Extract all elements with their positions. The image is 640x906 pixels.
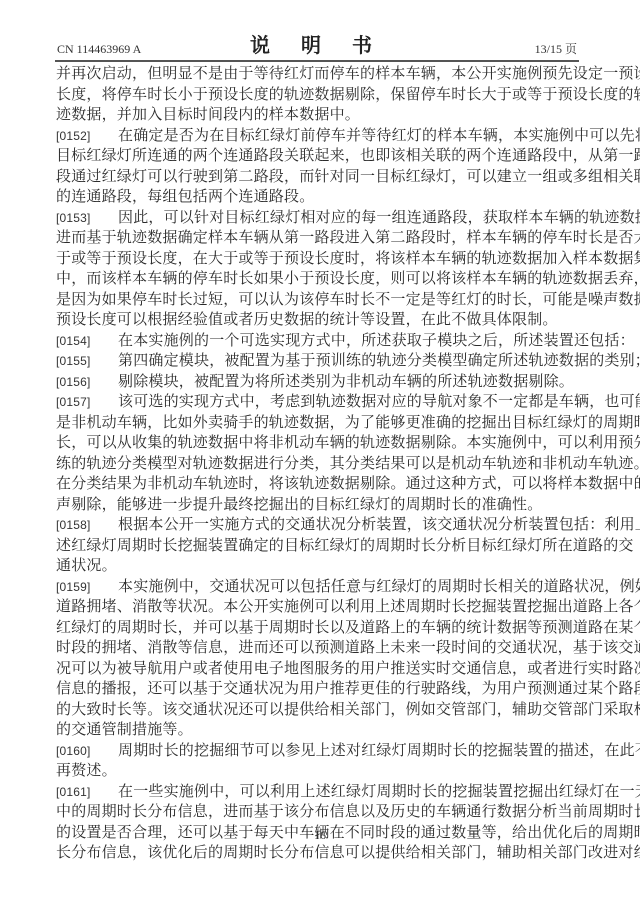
line-text: 声剔除，能够进一步提升最终挖掘出的目标红绿灯的周期时长的准确性。 [56, 495, 542, 513]
text-line: 红绿灯的周期时长，并可以基于周期时长以及道路上的车辆的统计数据等预测道路在某个 [56, 617, 572, 638]
page-number: 16 [0, 828, 640, 843]
text-line: 预设长度可以根据经验值或者历史数据的统计等设置，在此不做具体限制。 [56, 309, 572, 330]
text-line: 练的轨迹分类模型对轨迹数据进行分类，其分类结果可以是机动车轨迹和非机动车轨迹。 [56, 453, 572, 474]
line-text: 段通过红绿灯可以行驶到第二路段，而针对同一目标红绿灯，可以建立一组或多组相关联 [56, 166, 572, 187]
line-text: 是非机动车辆，比如外卖骑手的轨迹数据，为了能够更准确的挖掘出目标红绿灯的周期时 [56, 412, 572, 433]
line-text: 在确定是否为在目标红绿灯前停车并等待红灯的样本车辆，本实施例中可以先将 [118, 125, 572, 146]
text-line: 段通过红绿灯可以行驶到第二路段，而针对同一目标红绿灯，可以建立一组或多组相关联 [56, 166, 572, 187]
line-text: 因此，可以针对目标红绿灯相对应的每一组连通路段，获取样本车辆的轨迹数据， [118, 207, 572, 228]
text-line: 进而基于轨迹数据确定样本车辆从第一路段进入第二路段时，样本车辆的停车时长是否大 [56, 227, 572, 248]
paragraph-start-line: [0155]第四确定模块，被配置为基于预训练的轨迹分类模型确定所述轨迹数据的类别… [56, 350, 572, 371]
line-text: 根据本公开一实施方式的交通状况分析装置，该交通状况分析装置包括：利用上 [118, 514, 572, 535]
line-text: 长度，将停车时长小于预设长度的轨迹数据剔除，保留停车时长大于或等于预设长度的轨 [56, 84, 572, 105]
line-text: 长分布信息，该优化后的周期时长分布信息可以提供给相关部门，辅助相关部门改进对红 [56, 842, 572, 863]
text-line: 的连通路段，每组包括两个连通路段。 [56, 186, 572, 207]
text-line: 在分类结果为非机动车轨迹时，将该轨迹数据剔除。通过这种方式，可以将样本数据中的噪 [56, 473, 572, 494]
paragraph-number: [0161] [56, 782, 118, 803]
paragraph-number: [0157] [56, 392, 118, 413]
paragraph-number: [0160] [56, 741, 118, 762]
paragraph-number: [0156] [56, 372, 118, 393]
text-line: 长分布信息，该优化后的周期时长分布信息可以提供给相关部门，辅助相关部门改进对红 [56, 842, 572, 863]
line-text: 进而基于轨迹数据确定样本车辆从第一路段进入第二路段时，样本车辆的停车时长是否大 [56, 227, 572, 248]
line-text: 的大致时长等。该交通状况还可以提供给相关部门，例如交管部门，辅助交管部门采取相应 [56, 699, 572, 720]
paragraph-start-line: [0159]本实施例中，交通状况可以包括任意与红绿灯的周期时长相关的道路状况，例… [56, 576, 572, 597]
line-text: 道路拥堵、消散等状况。本公开实施例可以利用上述周期时长挖掘装置挖掘出道路上各个 [56, 596, 572, 617]
paragraph-start-line: [0160]周期时长的挖掘细节可以参见上述对红绿灯周期时长的挖掘装置的描述，在此… [56, 740, 572, 761]
line-text: 中，而该样本车辆的停车时长如果小于预设长度，则可以将该样本车辆的轨迹数据丢弃，这 [56, 268, 572, 289]
text-line: 信息的播报，还可以基于交通状况为用户推荐更佳的行驶路线，为用户预测通过某个路段 [56, 678, 572, 699]
text-line: 的交通管制措施等。 [56, 719, 572, 740]
line-text: 红绿灯的周期时长，并可以基于周期时长以及道路上的车辆的统计数据等预测道路在某个 [56, 617, 572, 638]
text-line: 中的周期时长分布信息，进而基于该分布信息以及历史的车辆通行数据分析当前周期时长 [56, 801, 572, 822]
line-text: 在一些实施例中，可以利用上述红绿灯周期时长的挖掘装置挖掘出红绿灯在一天 [118, 781, 572, 802]
line-text: 于或等于预设长度，在大于或等于预设长度时，将该样本车辆的轨迹数据加入样本数据集 [56, 248, 572, 269]
line-text: 时段的拥堵、消散等信息，进而还可以预测道路上未来一段时间的交通状况，基于该交通状 [56, 637, 572, 658]
paragraph-number: [0152] [56, 126, 118, 147]
line-text: 况可以为被导航用户或者使用电子地图服务的用户推送实时交通信息，或者进行实时路况 [56, 658, 572, 679]
line-text: 本实施例中，交通状况可以包括任意与红绿灯的周期时长相关的道路状况，例如 [118, 576, 572, 597]
text-line: 的大致时长等。该交通状况还可以提供给相关部门，例如交管部门，辅助交管部门采取相应 [56, 699, 572, 720]
text-line: 通状况。 [56, 555, 572, 576]
line-text: 周期时长的挖掘细节可以参见上述对红绿灯周期时长的挖掘装置的描述，在此不 [118, 740, 572, 761]
line-text: 是因为如果停车时长过短，可以认为该停车时长不一定是等红灯的时长，可能是噪声数据。 [56, 289, 572, 310]
text-line: 并再次启动，但明显不是由于等待红灯而停车的样本车辆，本公开实施例预先设定一预设 [56, 63, 572, 84]
line-text: 再赘述。 [56, 761, 117, 779]
paragraph-start-line: [0156]剔除模块，被配置为将所述类别为非机动车辆的所述轨迹数据剔除。 [56, 371, 572, 392]
text-line: 是非机动车辆，比如外卖骑手的轨迹数据，为了能够更准确的挖掘出目标红绿灯的周期时 [56, 412, 572, 433]
paragraph-start-line: [0152]在确定是否为在目标红绿灯前停车并等待红灯的样本车辆，本实施例中可以先… [56, 125, 572, 146]
text-line: 长，可以从收集的轨迹数据中将非机动车辆的轨迹数据剔除。本实施例中，可以利用预先训 [56, 432, 572, 453]
line-text: 练的轨迹分类模型对轨迹数据进行分类，其分类结果可以是机动车轨迹和非机动车轨迹。 [56, 453, 572, 474]
page-header: CN 114463969 A 说 明 书 13/15 页 [55, 34, 579, 62]
line-text: 目标红绿灯所连通的两个连通路段关联起来，也即该相关联的两个连通路段中，从第一路 [56, 145, 572, 166]
line-text: 剔除模块，被配置为将所述类别为非机动车辆的所述轨迹数据剔除。 [118, 372, 574, 390]
text-line: 道路拥堵、消散等状况。本公开实施例可以利用上述周期时长挖掘装置挖掘出道路上各个 [56, 596, 572, 617]
line-text: 通状况。 [56, 556, 117, 574]
paragraph-start-line: [0154]在本实施例的一个可选实现方式中，所述获取子模块之后，所述装置还包括： [56, 330, 572, 351]
line-text: 在分类结果为非机动车轨迹时，将该轨迹数据剔除。通过这种方式，可以将样本数据中的噪 [56, 473, 572, 494]
text-line: 再赘述。 [56, 760, 572, 781]
paragraph-start-line: [0153]因此，可以针对目标红绿灯相对应的每一组连通路段，获取样本车辆的轨迹数… [56, 207, 572, 228]
text-line: 中，而该样本车辆的停车时长如果小于预设长度，则可以将该样本车辆的轨迹数据丢弃，这 [56, 268, 572, 289]
paragraph-number: [0159] [56, 577, 118, 598]
line-text: 述红绿灯周期时长挖掘装置确定的目标红绿灯的周期时长分析目标红绿灯所在道路的交 [56, 535, 572, 556]
paragraph-number: [0153] [56, 208, 118, 229]
paragraph-start-line: [0161]在一些实施例中，可以利用上述红绿灯周期时长的挖掘装置挖掘出红绿灯在一… [56, 781, 572, 802]
text-line: 时段的拥堵、消散等信息，进而还可以预测道路上未来一段时间的交通状况，基于该交通状 [56, 637, 572, 658]
page-indicator: 13/15 页 [535, 40, 577, 57]
line-text: 信息的播报，还可以基于交通状况为用户推荐更佳的行驶路线，为用户预测通过某个路段 [56, 678, 572, 699]
line-text: 在本实施例的一个可选实现方式中，所述获取子模块之后，所述装置还包括： [118, 331, 635, 349]
line-text: 迹数据，并加入目标时间段内的样本数据中。 [56, 105, 360, 123]
document-body: 并再次启动，但明显不是由于等待红灯而停车的样本车辆，本公开实施例预先设定一预设长… [56, 63, 572, 863]
line-text: 的交通管制措施等。 [56, 720, 193, 738]
document-title: 说 明 书 [55, 29, 579, 58]
line-text: 第四确定模块，被配置为基于预训练的轨迹分类模型确定所述轨迹数据的类别； [118, 351, 640, 369]
line-text: 中的周期时长分布信息，进而基于该分布信息以及历史的车辆通行数据分析当前周期时长 [56, 801, 572, 822]
line-text: 长，可以从收集的轨迹数据中将非机动车辆的轨迹数据剔除。本实施例中，可以利用预先训 [56, 432, 572, 453]
text-line: 于或等于预设长度，在大于或等于预设长度时，将该样本车辆的轨迹数据加入样本数据集 [56, 248, 572, 269]
paragraph-number: [0154] [56, 331, 118, 352]
text-line: 长度，将停车时长小于预设长度的轨迹数据剔除，保留停车时长大于或等于预设长度的轨 [56, 84, 572, 105]
line-text: 该可选的实现方式中，考虑到轨迹数据对应的导航对象不一定都是车辆，也可能 [118, 391, 572, 412]
paragraph-number: [0158] [56, 515, 118, 536]
line-text: 的连通路段，每组包括两个连通路段。 [56, 187, 314, 205]
paragraph-start-line: [0157]该可选的实现方式中，考虑到轨迹数据对应的导航对象不一定都是车辆，也可… [56, 391, 572, 412]
text-line: 是因为如果停车时长过短，可以认为该停车时长不一定是等红灯的时长，可能是噪声数据。 [56, 289, 572, 310]
text-line: 目标红绿灯所连通的两个连通路段关联起来，也即该相关联的两个连通路段中，从第一路 [56, 145, 572, 166]
paragraph-start-line: [0158]根据本公开一实施方式的交通状况分析装置，该交通状况分析装置包括：利用… [56, 514, 572, 535]
line-text: 预设长度可以根据经验值或者历史数据的统计等设置，在此不做具体限制。 [56, 310, 558, 328]
paragraph-number: [0155] [56, 351, 118, 372]
text-line: 述红绿灯周期时长挖掘装置确定的目标红绿灯的周期时长分析目标红绿灯所在道路的交 [56, 535, 572, 556]
text-line: 况可以为被导航用户或者使用电子地图服务的用户推送实时交通信息，或者进行实时路况 [56, 658, 572, 679]
line-text: 并再次启动，但明显不是由于等待红灯而停车的样本车辆，本公开实施例预先设定一预设 [56, 63, 572, 84]
text-line: 声剔除，能够进一步提升最终挖掘出的目标红绿灯的周期时长的准确性。 [56, 494, 572, 515]
text-line: 迹数据，并加入目标时间段内的样本数据中。 [56, 104, 572, 125]
